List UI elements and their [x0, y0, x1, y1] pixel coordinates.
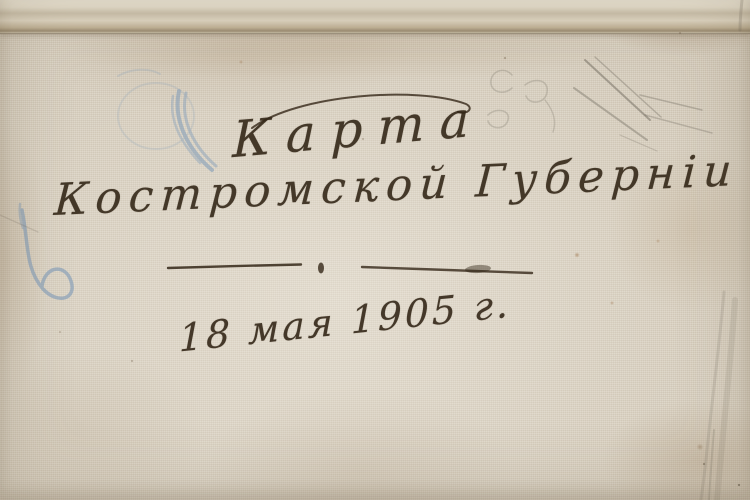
pencil-and-ink-marks-overlay — [0, 0, 750, 500]
graphite-cross-marks-icon — [574, 57, 712, 151]
blue-pencil-scribble-icon — [118, 70, 216, 170]
photo-canvas-map-cover: Карта Костромской Губерніи 18 мая 1905 г… — [0, 0, 750, 500]
graphite-streaks-icon — [701, 0, 742, 500]
ink-divider — [168, 263, 532, 274]
